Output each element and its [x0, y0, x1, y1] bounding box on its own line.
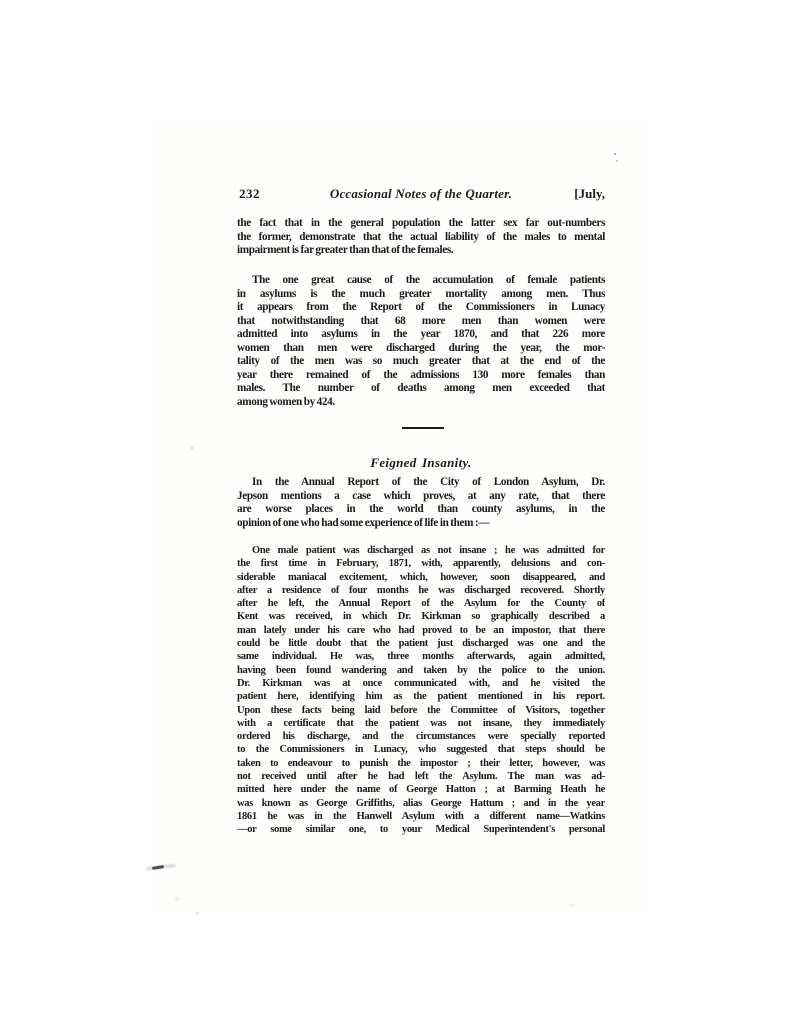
scanned-page: 232 Occasional Notes of the Quarter. [Ju… [150, 117, 650, 913]
text-line: Jepson mentions a case which proves, at … [237, 490, 605, 504]
text-line: that notwithstanding that 68 more men th… [237, 315, 605, 329]
scan-speck [175, 897, 179, 901]
scan-background: { "colors": { "ink": "#1c1b1a", "paper":… [0, 0, 800, 1036]
text-line: man lately under his care who had proved… [237, 624, 605, 637]
paragraph-continuation: the fact that in the general population … [237, 217, 605, 258]
text-line: women than men were discharged during th… [237, 342, 605, 356]
text-line: Kent was received, in which Dr. Kirkman … [237, 610, 605, 623]
text-line: the fact that in the general population … [237, 217, 605, 231]
page-header: 232 Occasional Notes of the Quarter. [Ju… [237, 186, 605, 203]
text-line: the former, demonstrate that the actual … [237, 231, 605, 245]
scan-speck [614, 153, 616, 155]
paragraph-intro: In the Annual Report of the City of Lond… [237, 476, 605, 530]
text-line: year there remained of the admissions 13… [237, 369, 605, 383]
text-line: opinion of one who had some experience o… [237, 517, 605, 531]
text-line: to the Commissioners in Lunacy, who sugg… [237, 743, 605, 756]
text-line: —or some similar one, to your Medical Su… [237, 823, 605, 836]
text-line: mitted here under the name of George Hat… [237, 783, 605, 796]
text-line: The one great cause of the accumulation … [237, 274, 605, 288]
text-line: having been found wandering and taken by… [237, 664, 605, 677]
section-divider-rule [402, 427, 444, 429]
text-line: impairment is far greater than that of t… [237, 244, 605, 258]
text-line: 1861 he was in the Hanwell Asylum with a… [237, 810, 605, 823]
text-line: same individual. He was, three months af… [237, 650, 605, 663]
text-line: with a certificate that the patient was … [237, 717, 605, 730]
issue-date-label: [July, [574, 186, 605, 202]
text-line: patient here, identifying him as the pat… [237, 690, 605, 703]
text-line: are worse places in the world than count… [237, 503, 605, 517]
text-line: was known as George Griffiths, alias Geo… [237, 797, 605, 810]
text-line: siderable maniacal excitement, which, ho… [237, 571, 605, 584]
section-heading: Feigned Insanity. [237, 455, 605, 471]
page-number: 232 [239, 186, 260, 202]
scan-speck [616, 160, 618, 162]
scan-speck [196, 912, 199, 915]
text-line: the first time in February, 1871, with, … [237, 557, 605, 570]
text-line: after a residence of four months he was … [237, 584, 605, 597]
text-line: tality of the men was so much greater th… [237, 355, 605, 369]
running-title: Occasional Notes of the Quarter. [237, 186, 605, 202]
block-quote: One male patient was discharged as not i… [237, 544, 605, 837]
text-line: Upon these facts being laid before the C… [237, 704, 605, 717]
text-line: could be little doubt that the patient j… [237, 637, 605, 650]
text-line: taken to endeavour to punish the imposto… [237, 757, 605, 770]
text-line: among women by 424. [237, 396, 605, 410]
text-line: Dr. Kirkman was at once communicated wit… [237, 677, 605, 690]
text-line: In the Annual Report of the City of Lond… [237, 476, 605, 490]
text-line: admitted into asylums in the year 1870, … [237, 328, 605, 342]
text-line: males. The number of deaths among men ex… [237, 382, 605, 396]
text-line: in asylums is the much greater mortality… [237, 288, 605, 302]
text-line: after he left, the Annual Report of the … [237, 597, 605, 610]
scan-speck [191, 447, 193, 449]
text-line: it appears from the Report of the Commis… [237, 301, 605, 315]
paragraph-mortality: The one great cause of the accumulation … [237, 274, 605, 409]
text-line: not received until after he had left the… [237, 770, 605, 783]
text-line: ordered his discharge, and the circumsta… [237, 730, 605, 743]
scan-speck [570, 904, 573, 907]
text-line: One male patient was discharged as not i… [237, 544, 605, 557]
